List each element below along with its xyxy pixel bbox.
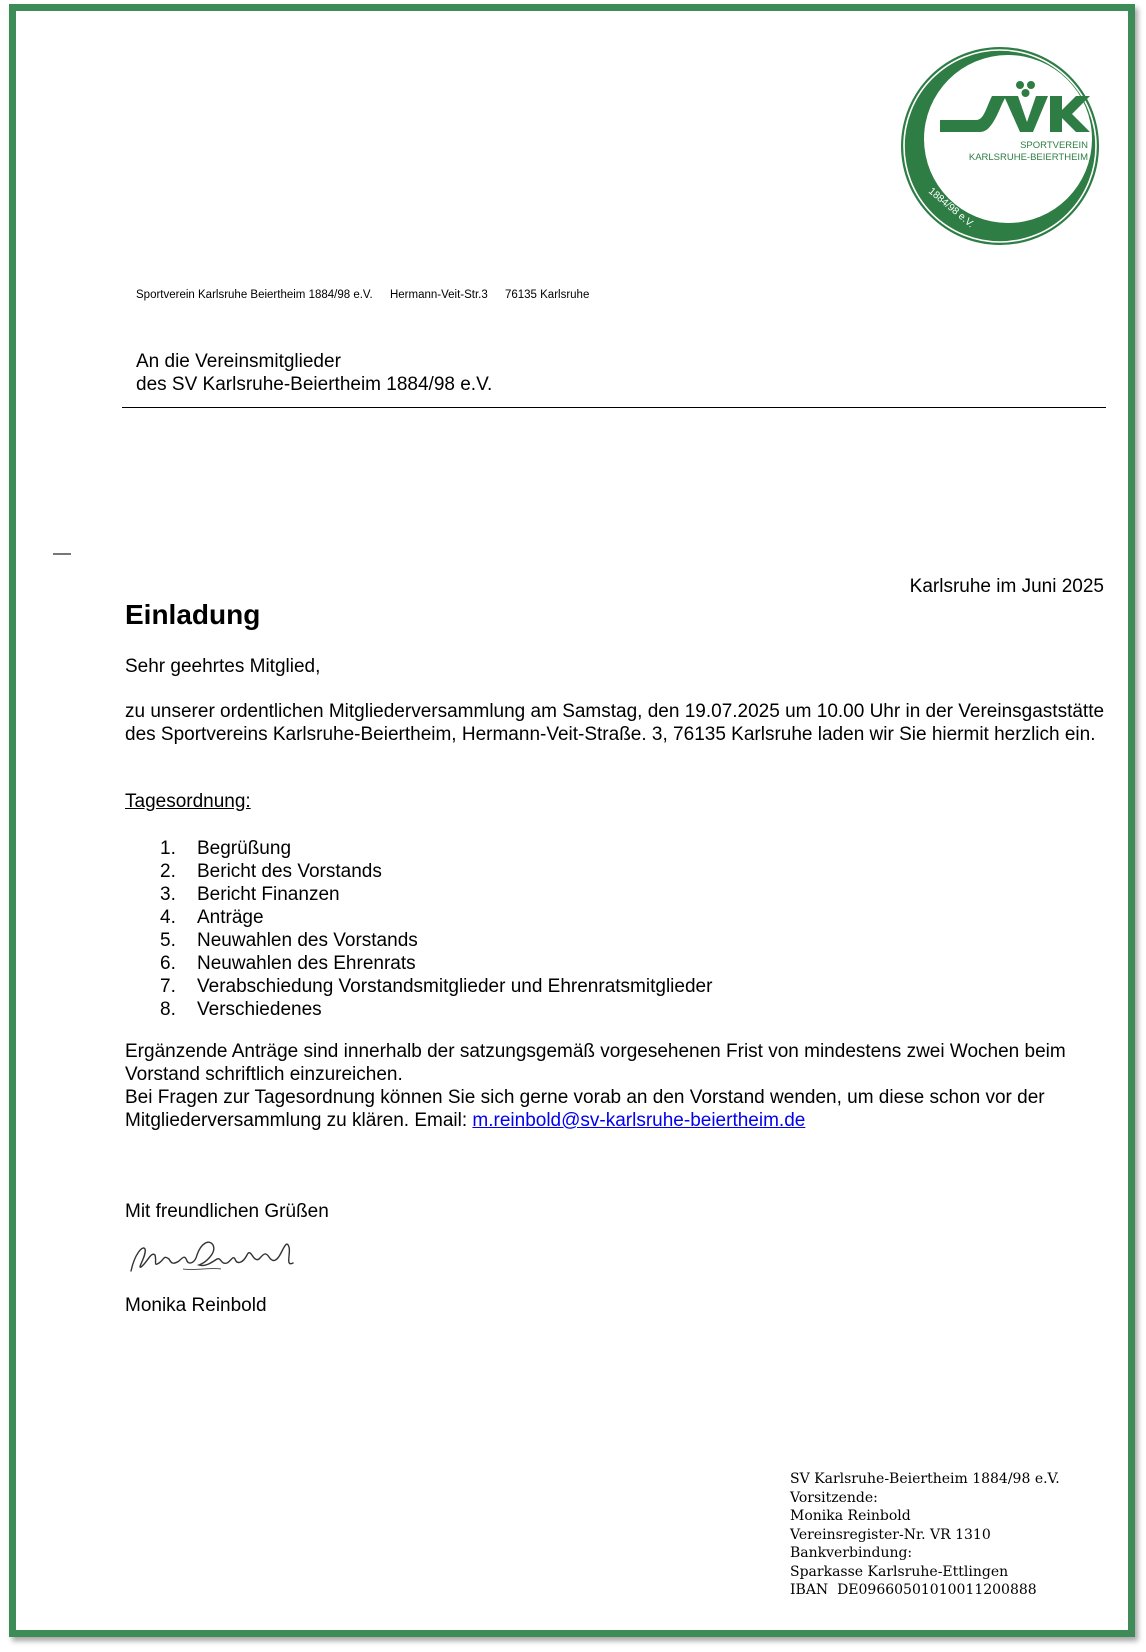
email-link[interactable]: m.reinbold@sv-karlsruhe-beiertheim.de: [472, 1110, 805, 1131]
agenda-number: 1.: [160, 837, 197, 860]
agenda-item: 2.Bericht des Vorstands: [160, 860, 712, 883]
recipient-line-2: des SV Karlsruhe-Beiertheim 1884/98 e.V.: [136, 373, 492, 396]
footer-line: Bankverbindung:: [790, 1544, 1060, 1563]
agenda-text: Neuwahlen des Ehrenrats: [197, 952, 416, 975]
agenda-item: 3.Bericht Finanzen: [160, 883, 712, 906]
sender-line: Sportverein Karlsruhe Beiertheim 1884/98…: [136, 289, 589, 301]
agenda-item: 7.Verabschiedung Vorstandsmitglieder und…: [160, 975, 712, 998]
footer-imprint: SV Karlsruhe-Beiertheim 1884/98 e.V. Vor…: [790, 1470, 1060, 1600]
agenda-text: Bericht Finanzen: [197, 883, 340, 906]
signature: [125, 1233, 305, 1281]
club-logo: SPORTVEREIN KARLSRUHE-BEIERTHEIM 1884/98…: [898, 44, 1102, 248]
agenda-number: 8.: [160, 998, 197, 1021]
agenda-number: 2.: [160, 860, 197, 883]
agenda-item: 4.Anträge: [160, 906, 712, 929]
footer-line: IBAN DE09660501010011200888: [790, 1581, 1060, 1600]
agenda-text: Neuwahlen des Vorstands: [197, 929, 418, 952]
footer-line: Sparkasse Karlsruhe-Ettlingen: [790, 1563, 1060, 1582]
agenda-text: Anträge: [197, 906, 264, 929]
closing: Mit freundlichen Grüßen: [125, 1200, 1110, 1223]
agenda-text: Verschiedenes: [197, 998, 322, 1021]
agenda-text: Begrüßung: [197, 837, 291, 860]
fold-mark: [53, 553, 71, 555]
footer-line: Vereinsregister-Nr. VR 1310: [790, 1526, 1060, 1545]
footer-line: Monika Reinbold: [790, 1507, 1060, 1526]
agenda-item: 5.Neuwahlen des Vorstands: [160, 929, 712, 952]
footer-line: Vorsitzende:: [790, 1489, 1060, 1508]
intro-paragraph: zu unserer ordentlichen Mitgliederversam…: [125, 700, 1110, 746]
recipient-line-1: An die Vereinsmitglieder: [136, 350, 492, 373]
sender-street: Hermann-Veit-Str.3: [390, 289, 488, 301]
agenda-list: 1.Begrüßung 2.Bericht des Vorstands 3.Be…: [160, 837, 712, 1021]
recipient-address: An die Vereinsmitglieder des SV Karlsruh…: [136, 350, 492, 396]
notes-paragraph-1: Ergänzende Anträge sind innerhalb der sa…: [125, 1040, 1110, 1086]
footer-line: SV Karlsruhe-Beiertheim 1884/98 e.V.: [790, 1470, 1060, 1489]
sender-city: 76135 Karlsruhe: [505, 289, 589, 301]
agenda-number: 7.: [160, 975, 197, 998]
agenda-number: 3.: [160, 883, 197, 906]
logo-line2: KARLSRUHE-BEIERTHEIM: [969, 152, 1088, 163]
agenda-item: 6.Neuwahlen des Ehrenrats: [160, 952, 712, 975]
agenda-item: 8.Verschiedenes: [160, 998, 712, 1021]
agenda-number: 4.: [160, 906, 197, 929]
notes: Ergänzende Anträge sind innerhalb der sa…: [125, 1040, 1110, 1132]
signer-name: Monika Reinbold: [125, 1294, 1110, 1317]
agenda-number: 5.: [160, 929, 197, 952]
agenda-number: 6.: [160, 952, 197, 975]
notes-paragraph-2: Bei Fragen zur Tagesordnung können Sie s…: [125, 1086, 1110, 1132]
agenda-text: Bericht des Vorstands: [197, 860, 382, 883]
page-frame: [9, 4, 1135, 1637]
sender-name: Sportverein Karlsruhe Beiertheim 1884/98…: [136, 289, 373, 301]
letter-title: Einladung: [125, 599, 260, 631]
agenda-heading: Tagesordnung:: [125, 790, 1110, 813]
agenda-text: Verabschiedung Vorstandsmitglieder und E…: [197, 975, 712, 998]
agenda-item: 1.Begrüßung: [160, 837, 712, 860]
salutation: Sehr geehrtes Mitglied,: [125, 655, 1110, 678]
date-line: Karlsruhe im Juni 2025: [910, 576, 1104, 598]
logo-line1: SPORTVEREIN: [1020, 140, 1088, 151]
address-divider: [122, 407, 1106, 408]
